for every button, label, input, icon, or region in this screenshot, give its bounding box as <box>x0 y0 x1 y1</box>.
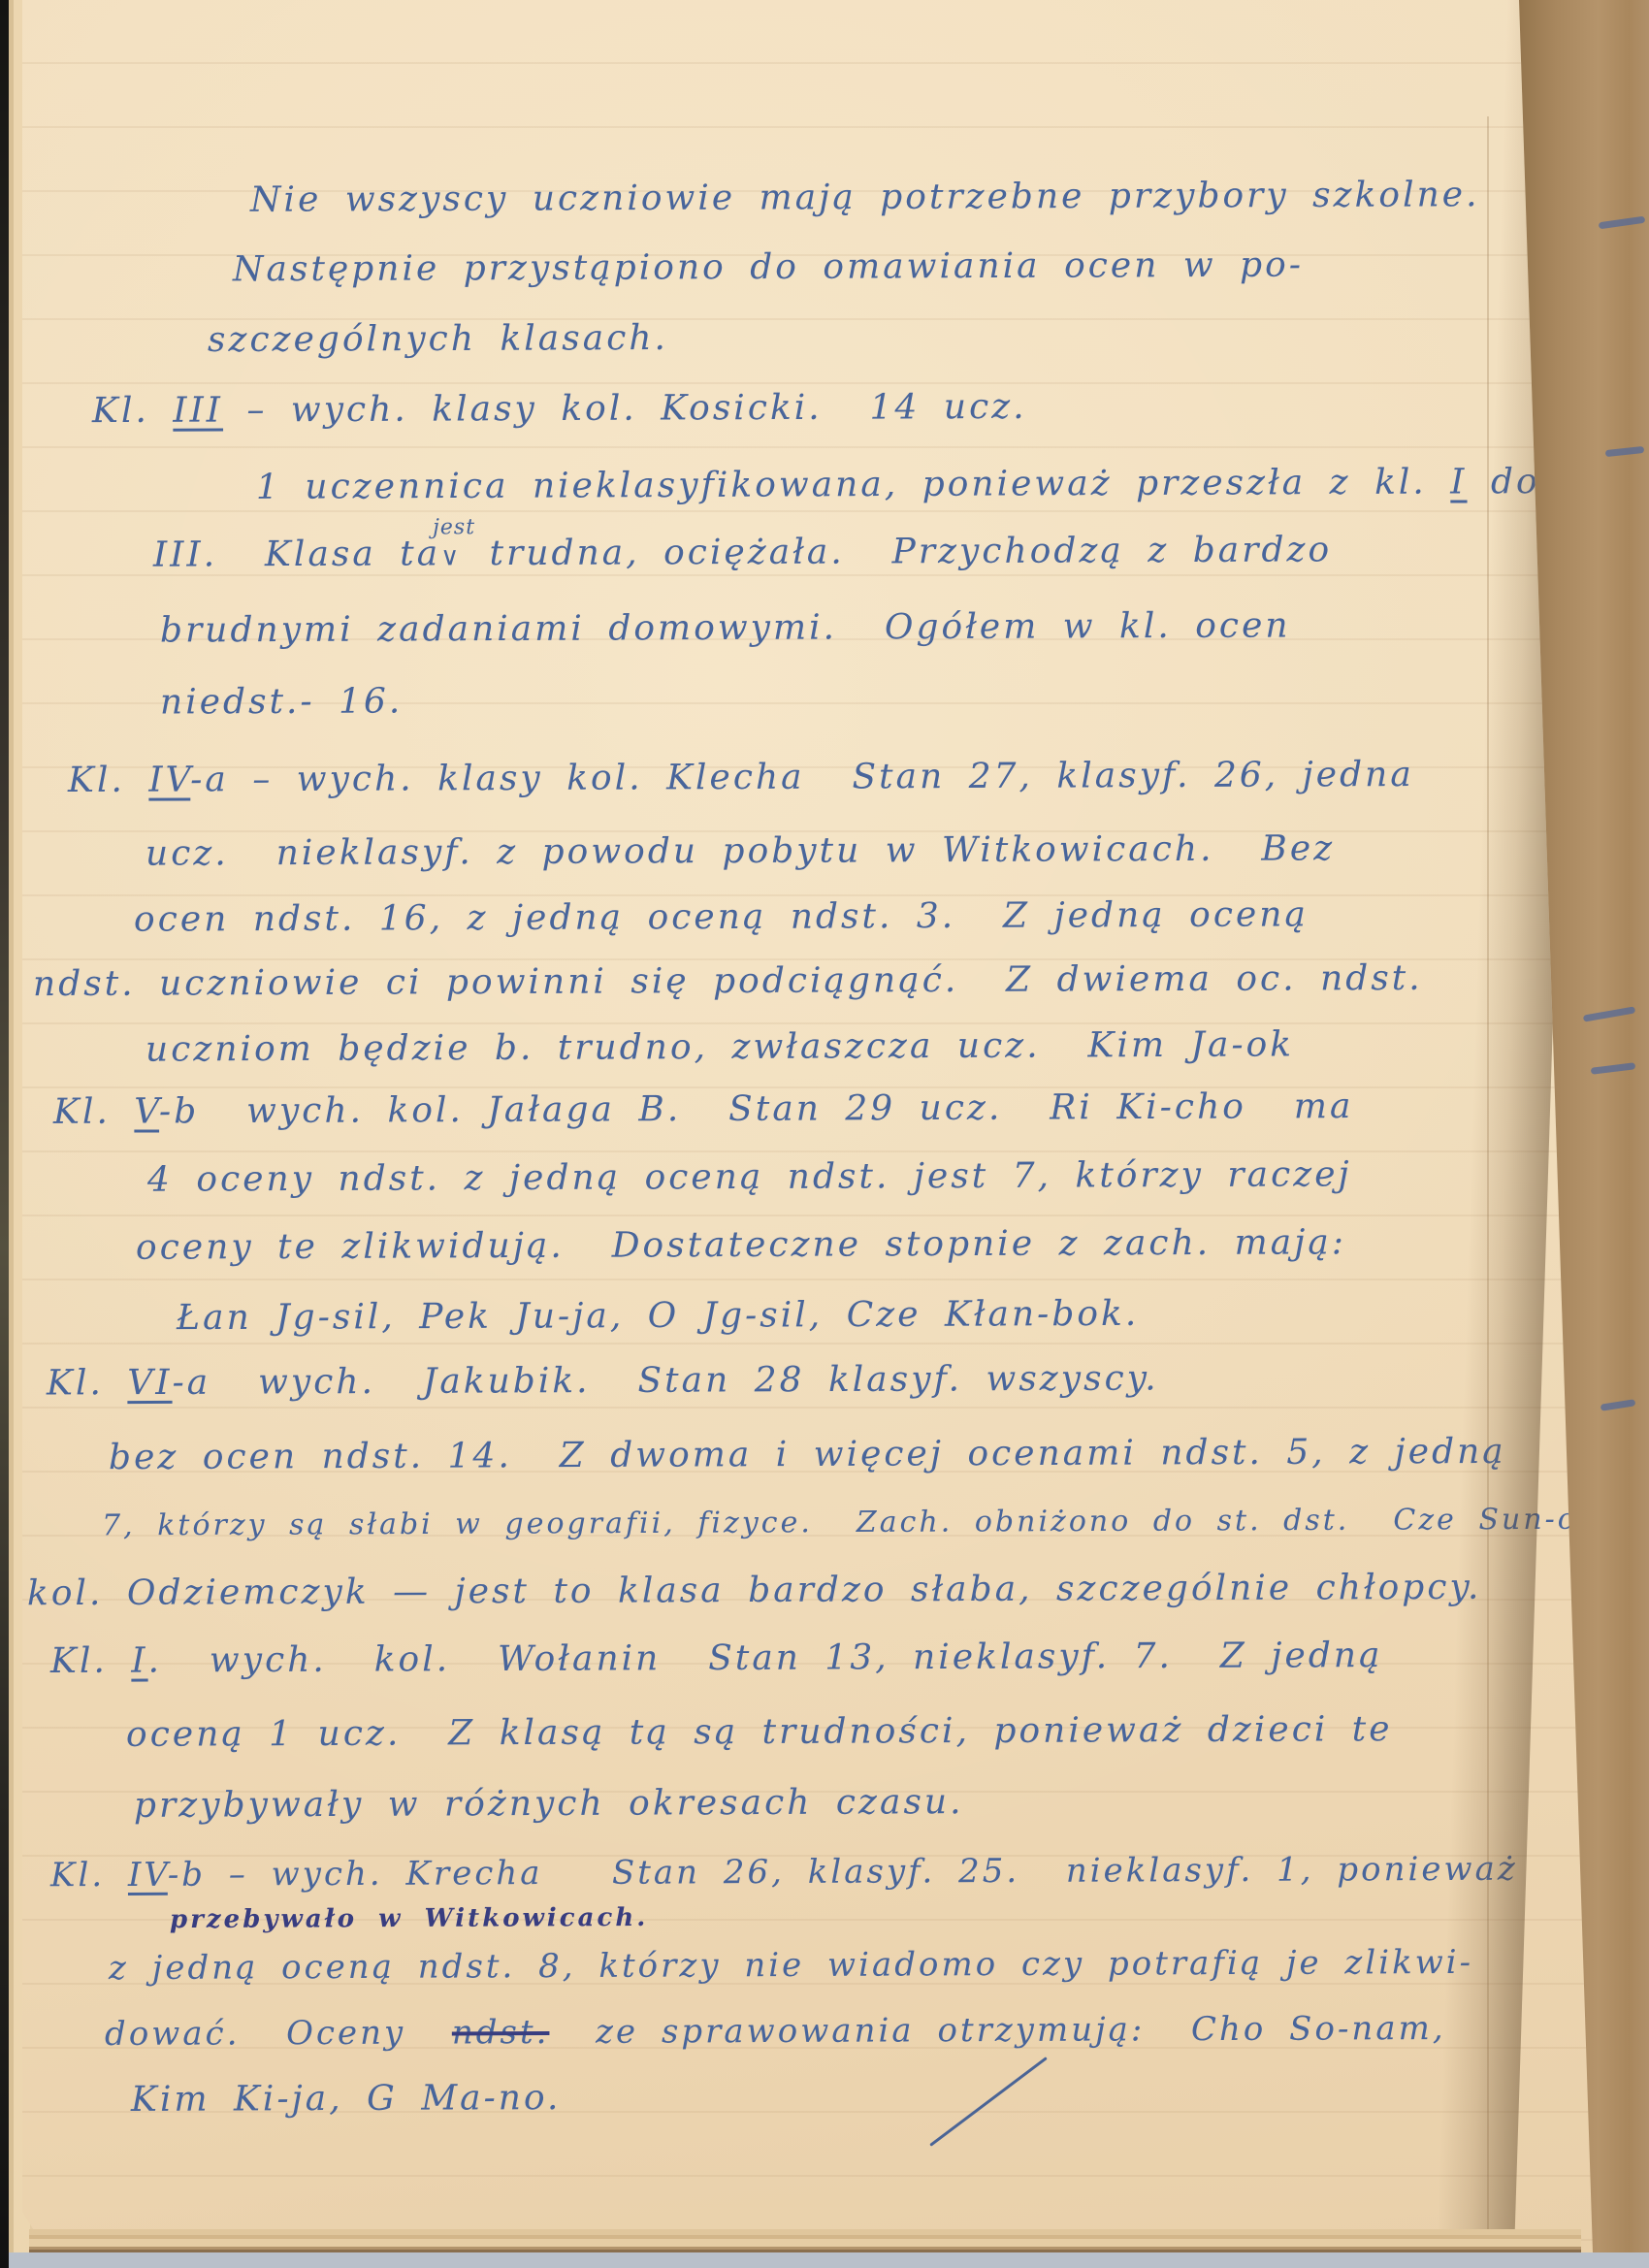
bottom-page-stack-edges <box>29 2223 1581 2254</box>
handwritten-line: niedst.- 16. <box>160 680 403 724</box>
handwritten-line: Kl. VI-a wych. Jakubik. Stan 28 klasyf. … <box>47 1357 1159 1405</box>
handwritten-line: Łan Jg-sil, Pek Ju-ja, O Jg-sil, Cze Kła… <box>177 1293 1139 1340</box>
handwritten-line: oceną 1 ucz. Z klasą tą są trudności, po… <box>126 1708 1393 1757</box>
handwritten-line: III. Klasa tajest∨ trudna, ociężała. Prz… <box>153 529 1332 579</box>
handwritten-line: Kl. III – wych. klasy kol. Kosicki. 14 u… <box>92 386 1027 433</box>
handwritten-line: z jedną oceną ndst. 8, którzy nie wiadom… <box>109 1941 1473 1990</box>
scanned-notebook-page: Nie wszyscy uczniowie mają potrzebne prz… <box>0 0 1649 2268</box>
handwritten-line: Następnie przystąpiono do omawiania ocen… <box>233 244 1304 292</box>
handwritten-line: przebywało w Witkowicach. <box>170 1896 648 1941</box>
handwritten-line: Kl. V-b wych. kol. Jałaga B. Stan 29 ucz… <box>53 1085 1354 1134</box>
handwritten-line: 4 oceny ndst. z jedną oceną ndst. jest 7… <box>147 1153 1352 1201</box>
handwritten-line: ocen ndst. 16, z jedną oceną ndst. 3. Z … <box>134 893 1309 941</box>
handwritten-line: Kl. IV-a – wych. klasy kol. Klecha Stan … <box>68 754 1414 802</box>
handwritten-line: szczególnych klasach. <box>208 317 668 362</box>
notebook-paper: Nie wszyscy uczniowie mają potrzebne prz… <box>9 0 1596 2252</box>
handwritten-line: Kim Ki-ja, G Ma-no. <box>131 2077 562 2122</box>
handwritten-line: 1 uczennica nieklasyfikowana, ponieważ p… <box>256 461 1540 509</box>
next-page-ink-mark <box>1605 446 1645 457</box>
handwritten-line: oceny te zlikwidują. Dostateczne stopnie… <box>136 1221 1346 1269</box>
binding-dark-edge <box>0 0 9 2268</box>
next-page-ink-mark <box>1591 1062 1636 1075</box>
handwritten-line: bez ocen ndst. 14. Z dwoma i więcej ocen… <box>109 1431 1506 1479</box>
handwritten-line: przybywały w różnych okresach czasu. <box>134 1781 964 1828</box>
handwritten-line: Kl. I. wych. kol. Wołanin Stan 13, niekl… <box>50 1635 1383 1683</box>
next-page-ink-mark <box>1583 1006 1635 1021</box>
inserted-word-above-line: jest∨ <box>440 533 466 578</box>
handwritten-line: uczniom będzie b. trudno, zwłaszcza ucz.… <box>145 1023 1294 1071</box>
handwritten-line: Kl. IV-b – wych. Krecha Stan 26, klasyf.… <box>50 1848 1518 1897</box>
next-page-ink-mark <box>1600 1399 1636 1411</box>
handwritten-line: dować. Oceny ndst. ze sprawowania otrzym… <box>105 2007 1446 2056</box>
handwritten-line: ndst. uczniowie ci powinni się podciągną… <box>33 957 1423 1006</box>
handwritten-line: brudnymi zadaniami domowymi. Ogółem w kl… <box>160 604 1291 652</box>
handwritten-line: 7, którzy są słabi w geografii, fizyce. … <box>102 1499 1627 1548</box>
handwritten-line: ucz. nieklasyf. z powodu pobytu w Witkow… <box>145 827 1335 875</box>
next-page-ink-mark <box>1599 216 1646 230</box>
handwritten-line: Nie wszyscy uczniowie mają potrzebne prz… <box>250 174 1480 222</box>
handwritten-line: kol. Odziemczyk — jest to klasa bardzo s… <box>27 1567 1482 1616</box>
